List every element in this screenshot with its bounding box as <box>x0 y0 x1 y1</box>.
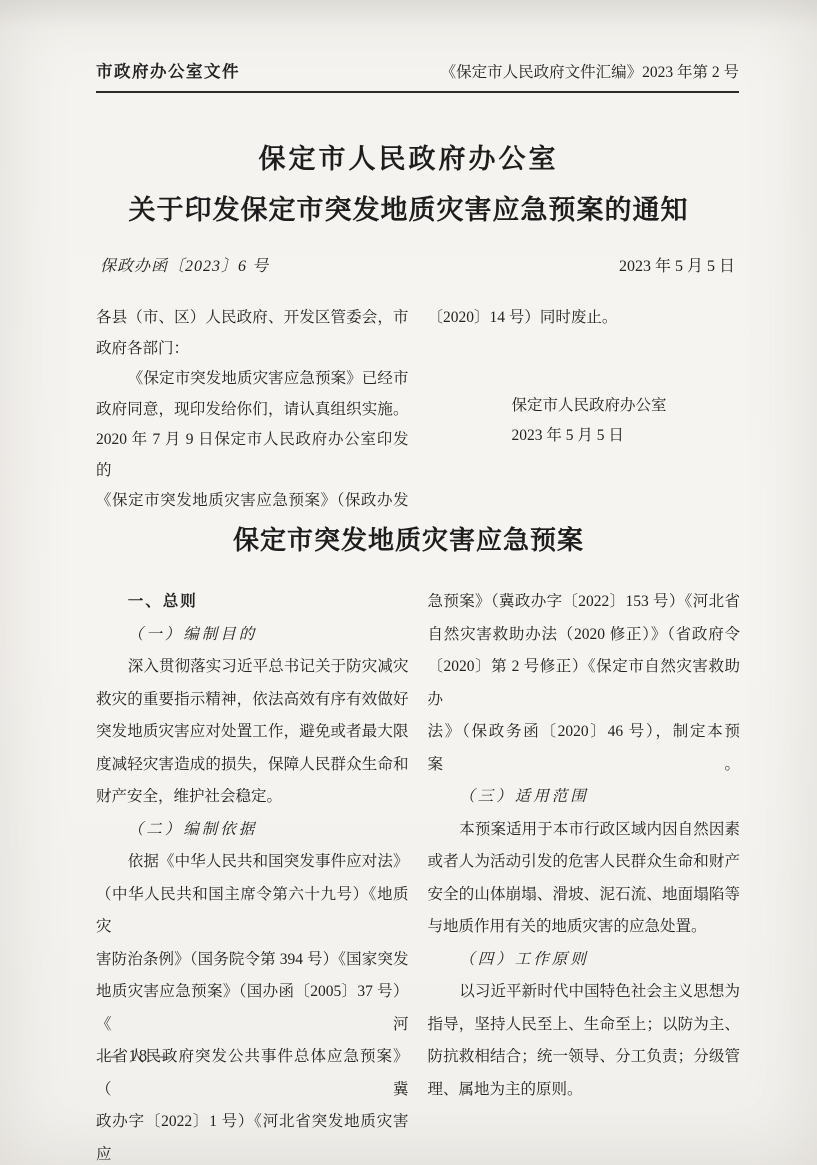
notice-body: 各县（市、区）人民政府、开发区管委会，市 政府各部门： 《保定市突发地质灾害应急… <box>96 303 740 517</box>
plan-body: 一、总则 （一）编制目的 深入贯彻落实习近平总书记关于防灾减灾 救灾的重要指示精… <box>96 586 740 1165</box>
notice-line: 〔2020〕14 号）同时废止。 <box>428 303 741 334</box>
plan-line: 救灾的重要指示精神，依法高效有序有效做好 <box>96 684 409 717</box>
document-header: 市政府办公室文件 《保定市人民政府文件汇编》2023 年第 2 号 <box>96 58 739 93</box>
plan-line: 政办字〔2022〕1 号）《河北省突发地质灾害应 <box>96 1106 409 1165</box>
doc-number: 保政办函〔2023〕6 号 <box>100 253 269 276</box>
plan-title: 保定市突发地质灾害应急预案 <box>0 520 817 557</box>
plan-line: 或者人为活动引发的危害人民群众生命和财产 <box>428 846 741 879</box>
plan-line: 与地质作用有关的地质灾害的应急处置。 <box>428 911 741 944</box>
notice-line: 政府同意，现印发给你们，请认真组织实施。 <box>96 395 409 426</box>
plan-line: （中华人民共和国主席令第六十九号）《地质灾 <box>96 879 409 944</box>
notice-line: 《保定市突发地质灾害应急预案》已经市 <box>96 364 409 395</box>
plan-line: 本预案适用于本市行政区域内因自然因素 <box>428 814 741 847</box>
notice-left-column: 各县（市、区）人民政府、开发区管委会，市 政府各部门： 《保定市突发地质灾害应急… <box>96 303 409 517</box>
plan-subsection-heading: （二）编制依据 <box>96 814 409 847</box>
notice-line: 《保定市突发地质灾害应急预案》（保政办发 <box>96 486 409 517</box>
notice-title-line2: 关于印发保定市突发地质灾害应急预案的通知 <box>0 188 817 227</box>
signature-block: 保定市人民政府办公室 2023 年 5 月 5 日 <box>428 391 741 451</box>
plan-left-column: 一、总则 （一）编制目的 深入贯彻落实习近平总书记关于防灾减灾 救灾的重要指示精… <box>96 586 409 1165</box>
document-page: 市政府办公室文件 《保定市人民政府文件汇编》2023 年第 2 号 保定市人民政… <box>0 0 817 1165</box>
plan-line: 防抗救相结合；统一领导、分工负责；分级管 <box>428 1041 741 1074</box>
plan-line: 安全的山体崩塌、滑坡、泥石流、地面塌陷等 <box>428 879 741 912</box>
plan-line: 以习近平新时代中国特色社会主义思想为 <box>428 976 741 1009</box>
plan-section-heading: 一、总则 <box>96 586 409 619</box>
doc-number-row: 保政办函〔2023〕6 号 2023 年 5 月 5 日 <box>100 253 735 276</box>
notice-line: 各县（市、区）人民政府、开发区管委会，市 <box>96 303 409 334</box>
notice-title-line1: 保定市人民政府办公室 <box>0 137 817 176</box>
plan-subsection-heading: （一）编制目的 <box>96 619 409 652</box>
notice-right-column: 〔2020〕14 号）同时废止。 保定市人民政府办公室 2023 年 5 月 5… <box>428 303 741 517</box>
plan-line: 〔2020〕第 2 号修正）《保定市自然灾害救助办 <box>428 651 741 716</box>
plan-line: 急预案》（冀政办字〔2022〕153 号）《河北省 <box>428 586 741 619</box>
plan-line: 依据《中华人民共和国突发事件应对法》 <box>96 846 409 879</box>
plan-line: 突发地质灾害应对处置工作，避免或者最大限 <box>96 716 409 749</box>
plan-line: 法》（保政务函〔2020〕46 号），制定本预案。 <box>428 716 741 781</box>
page-number: — 18 — <box>104 1046 174 1066</box>
plan-line: 理、属地为主的原则。 <box>428 1074 741 1107</box>
plan-line: 深入贯彻落实习近平总书记关于防灾减灾 <box>96 651 409 684</box>
plan-right-column: 急预案》（冀政办字〔2022〕153 号）《河北省 自然灾害救助办法（2020 … <box>428 586 741 1165</box>
header-doc-type-label: 市政府办公室文件 <box>96 58 240 82</box>
plan-line: 财产安全，维护社会稳定。 <box>96 781 409 814</box>
plan-line: 地质灾害应急预案》（国办函〔2005〕37 号）《河 <box>96 976 409 1041</box>
notice-line: 2020 年 7 月 9 日保定市人民政府办公室印发的 <box>96 425 409 486</box>
header-compilation-label: 《保定市人民政府文件汇编》2023 年第 2 号 <box>441 60 739 82</box>
notice-line: 政府各部门： <box>96 334 409 365</box>
plan-subsection-heading: （四）工作原则 <box>428 944 741 977</box>
signature-date: 2023 年 5 月 5 日 <box>512 421 741 451</box>
plan-line: 害防治条例》（国务院令第 394 号）《国家突发 <box>96 944 409 977</box>
doc-date: 2023 年 5 月 5 日 <box>619 253 735 276</box>
signature-org: 保定市人民政府办公室 <box>512 391 741 421</box>
plan-subsection-heading: （三）适用范围 <box>428 781 741 814</box>
plan-line: 度减轻灾害造成的损失，保障人民群众生命和 <box>96 749 409 782</box>
plan-line: 指导，坚持人民至上、生命至上；以防为主、 <box>428 1009 741 1042</box>
plan-line: 自然灾害救助办法（2020 修正）》（省政府令 <box>428 619 741 652</box>
